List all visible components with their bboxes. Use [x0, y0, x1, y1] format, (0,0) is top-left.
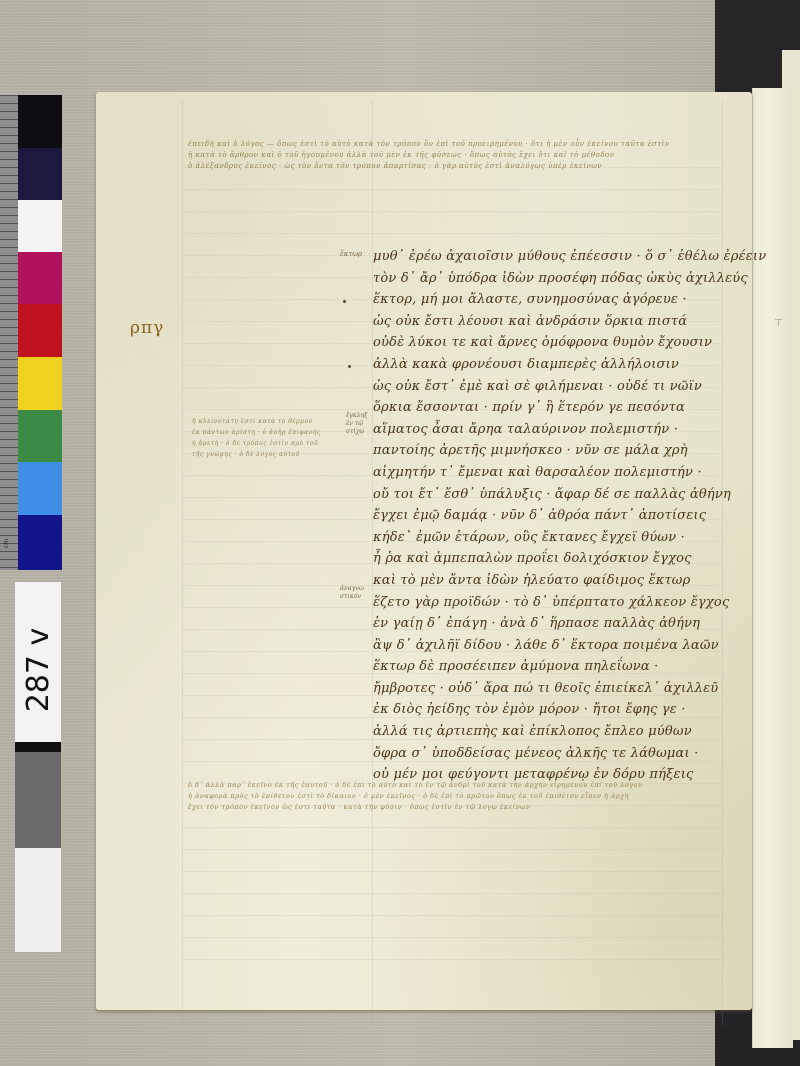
grey-calibration-swatch: [15, 752, 61, 848]
lemma-marker: ἔκτωρ: [340, 250, 362, 258]
swatch-white: [18, 200, 62, 252]
folio-label: 287 v: [0, 640, 88, 700]
swatch-green: [18, 410, 62, 462]
top-scholia: ἐπειδὴ καὶ ὁ λόγος — ὅπως ἐστὶ τὸ αὐτὸ κ…: [188, 139, 670, 172]
manuscript-line: ἔγχει ἐμῷ δαμάᾳ · νῦν δ᾽ ἀθρόα πάντ᾽ ἀπο…: [373, 505, 723, 527]
manuscript-line: ὡς οὐκ ἔστ᾽ ἐμὲ καὶ σὲ φιλήμεναι · οὐδέ …: [373, 376, 723, 398]
manuscript-line: ἐν γαίῃ δ᾽ ἐπάγη · ἀνὰ δ᾽ ἥρπασε παλλὰς …: [373, 613, 723, 635]
facing-page-mark: ⊤: [774, 318, 783, 329]
manuscript-line: ἤμβροτες · οὐδ᾽ ἄρα πώ τι θεοῖς ἐπιείκελ…: [373, 678, 723, 700]
scholia-line: ὅ δ᾽ ἀλλὰ παρ᾽ ἐκεῖνο ἐκ τῆς ἑαυτοῦ · ὁ …: [188, 780, 642, 791]
manuscript-line: καὶ τὸ μὲν ἄντα ἰδὼν ἠλεύατο φαίδιμος ἕκ…: [373, 570, 723, 592]
manuscript-line: ἀλλὰ κακὰ φρονέουσι διαμπερὲς ἀλλήλοισιν: [373, 354, 723, 376]
scholia-line: ἡ κατὰ τὸ ἄρθρον καὶ ὁ τοῦ ἡγουμένου ἀλλ…: [188, 150, 670, 161]
swatch-black: [18, 95, 62, 148]
manuscript-line: οὐδὲ λύκοι τε καὶ ἄρνες ὁμόφρονα θυμὸν ἔ…: [373, 332, 723, 354]
main-text-block: μυθ᾽ ἐρέω ἀχαιοῖσιν μύθους ἐπέεσσιν · ὅ …: [373, 246, 723, 786]
gloss-line: ἀναγνω: [340, 585, 364, 593]
bottom-scholia: ὅ δ᾽ ἀλλὰ παρ᾽ ἐκεῖνο ἐκ τῆς ἑαυτοῦ · ὁ …: [188, 780, 642, 813]
manuscript-line: αἵματος ἆσαι ἄρηα ταλαύρινον πολεμιστήν …: [373, 419, 723, 441]
right-gloss-2: ἀναγνω στικόν: [340, 585, 364, 601]
manuscript-line: ἀλλά τις ἀρτιεπὴς καὶ ἐπίκλοπος ἔπλεο μύ…: [373, 721, 723, 743]
gloss-line: στικόν: [340, 593, 364, 601]
manuscript-line: ἕζετο γὰρ προϊδών · τὸ δ᾽ ὑπέρπτατο χάλκ…: [373, 592, 723, 614]
manuscript-line: αἰχμητήν τ᾽ ἔμεναι καὶ θαρσαλέον πολεμισ…: [373, 462, 723, 484]
manuscript-line: ἕκτωρ δὲ προσέειπεν ἀμύμονα πηλεΐωνα ·: [373, 656, 723, 678]
swatch-red: [18, 304, 62, 357]
swatch-dark-navy: [18, 148, 62, 200]
manuscript-line: ἂψ δ᾽ ἀχιλῆϊ δίδου · λάθε δ᾽ ἕκτορα ποιμ…: [373, 635, 723, 657]
margin-dot: [348, 365, 351, 368]
manuscript-line: ἕκτορ, μή μοι ἄλαστε, συνημοσύνας ἀγόρευ…: [373, 289, 723, 311]
black-calibration-bar: [15, 742, 61, 752]
manuscript-line: ὄφρα σ᾽ ὑποδδείσας μένεος ἀλκῆς τε λάθωμ…: [373, 743, 723, 765]
gloss-line: ἡ κλεινοτάτη ἐστὶ κατὰ τὸ θέρμον: [192, 416, 321, 427]
swatch-dark-blue: [18, 515, 62, 570]
margin-dot: [343, 300, 346, 303]
scholia-line: ὁ ἀλέξανδρος ἐκεῖνος · ὡς τὸν ὄντα τὸν τ…: [188, 161, 670, 172]
scholia-line: ἡ ἀναφορὰ πρὸς τὸ ἐπίθετον ἐστὶ τὸ δίκαι…: [188, 791, 642, 802]
manuscript-line: κήδε᾽ ἐμῶν ἑτάρων, οὓς ἔκτανες ἔγχεϊ θύω…: [373, 527, 723, 549]
manuscript-line: παντοίης ἀρετῆς μιμνήσκεο · νῦν σε μάλα …: [373, 440, 723, 462]
manuscript-line: ὅρκια ἔσσονται · πρίν γ᾽ ἢ ἕτερόν γε πεσ…: [373, 397, 723, 419]
scale-ruler: [0, 95, 18, 570]
manuscript-line: ἦ ῥα καὶ ἀμπεπαλὼν προΐει δολιχόσκιον ἔγ…: [373, 548, 723, 570]
right-gloss-1: ἔγκληξ ἐν τῷ στίχῳ: [346, 412, 367, 436]
scholia-line: ἐπειδὴ καὶ ὁ λόγος — ὅπως ἐστὶ τὸ αὐτὸ κ…: [188, 139, 670, 150]
gloss-line: στίχῳ: [346, 428, 367, 436]
ruling-left-bound: [182, 100, 183, 1026]
swatch-light-blue: [18, 462, 62, 515]
manuscript-line: ὡς οὐκ ἔστι λέουσι καὶ ἀνδράσιν ὅρκια πι…: [373, 311, 723, 333]
ruler-unit-label: cm: [3, 539, 10, 548]
white-calibration-swatch: [15, 848, 61, 952]
gloss-line: ἔγκληξ: [346, 412, 367, 420]
manuscript-line: οὔ τοι ἔτ᾽ ἔσθ᾽ ὑπάλυξις · ἄφαρ δέ σε πα…: [373, 484, 723, 506]
scholia-line: ἔχει τὸν τρόπον ἐκεῖνον ὥς ἐστι ταῦτα · …: [188, 802, 642, 813]
manuscript-line: μυθ᾽ ἐρέω ἀχαιοῖσιν μύθους ἐπέεσσιν · ὅ …: [373, 246, 723, 268]
gloss-line: ἐκ πάντων ἀρίστη · ὁ ἀνὴρ ἐπιφανὴς: [192, 427, 321, 438]
gloss-line: τῆς γνώμης · ὁ δὲ λόγος αὐτοῦ: [192, 449, 321, 460]
gloss-line: ἐν τῷ: [346, 420, 367, 428]
swatch-magenta: [18, 252, 62, 304]
left-gloss: ἡ κλεινοτάτη ἐστὶ κατὰ τὸ θέρμον ἐκ πάντ…: [192, 416, 321, 460]
swatch-yellow: [18, 357, 62, 410]
manuscript-line: ἐκ διὸς ἠείδης τὸν ἐμὸν μόρον · ἤτοι ἔφη…: [373, 699, 723, 721]
gloss-line: ἡ ἀρετὴ · ὁ δὲ τρόπος ἐστὶν πρὸ τοῦ: [192, 438, 321, 449]
next-leaf: [752, 88, 793, 1048]
page-numeral: ρπγ: [130, 318, 164, 338]
manuscript-line: τὸν δ᾽ ἄρ᾽ ὑπόδρα ἰδὼν προσέφη πόδας ὠκὺ…: [373, 268, 723, 290]
